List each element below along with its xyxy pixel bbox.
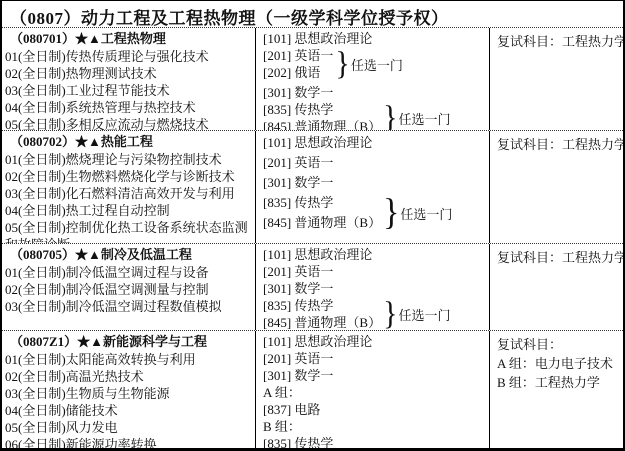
exam-subject: [101] 思想政治理论 <box>263 133 487 153</box>
research-direction: 03(全日制)化石燃料清洁高效开发与利用 <box>5 185 251 202</box>
research-direction: 02(全日制)热物理测试技术 <box>5 65 251 82</box>
research-direction: 03(全日制)生物质与生物能源 <box>5 385 251 402</box>
exam-subject: [845] 普通物理（B） <box>263 118 381 130</box>
research-directions-cell: （080702）★▲热能工程 01(全日制)燃烧理论与污染物控制技术 02(全日… <box>2 131 256 243</box>
section-080702: （080702）★▲热能工程 01(全日制)燃烧理论与污染物控制技术 02(全日… <box>2 131 623 244</box>
retest-subject: 复试科目：工程热力学 <box>497 248 621 267</box>
research-direction: 06(全日制)新能源功率转换 <box>5 436 251 448</box>
exam-subject: [835] 传热学 <box>263 193 381 213</box>
exam-subject: [301] 数学一 <box>263 367 487 384</box>
exam-subject: [845] 普通物理（B） <box>263 314 381 330</box>
exam-subject: [835] 传热学 <box>263 435 487 448</box>
research-direction: 01(全日制)太阳能高效转换与利用 <box>5 351 251 368</box>
curly-brace-icon: } <box>335 45 349 82</box>
exam-subject: [202] 俄语 <box>263 64 333 81</box>
exam-subject: [101] 思想政治理论 <box>263 246 487 263</box>
exam-subjects-cell: [101] 思想政治理论 [201] 英语一 [301] 数学一 [835] 传… <box>256 244 490 330</box>
research-directions-cell: （0807Z1）★▲新能源科学与工程 01(全日制)太阳能高效转换与利用 02(… <box>2 331 256 448</box>
choose-one-group: [201] 英语一 [202] 俄语 } 任选一门 <box>263 47 487 81</box>
exam-subject: [101] 思想政治理论 <box>263 333 487 350</box>
research-direction: 05(全日制)控制优化热工设备系统状态监测和故障诊断 <box>5 219 251 243</box>
research-direction: 03(全日制)工业过程节能技术 <box>5 82 251 99</box>
research-direction: 04(全日制)热工过程自动控制 <box>5 202 251 219</box>
retest-subjects-cell: 复试科目：工程热力学 <box>490 131 623 243</box>
section-heading: （0807Z1）★▲新能源科学与工程 <box>5 333 251 351</box>
exam-subjects-cell: [101] 思想政治理论 [201] 英语一 [301] 数学一 A 组： [8… <box>256 331 490 448</box>
exam-subject: [201] 英语一 <box>263 47 333 64</box>
retest-subjects-cell: 复试科目：工程热力学 <box>490 28 623 130</box>
research-direction: 04(全日制)储能技术 <box>5 402 251 419</box>
exam-subject: [301] 数学一 <box>263 173 487 193</box>
section-0807Z1: （0807Z1）★▲新能源科学与工程 01(全日制)太阳能高效转换与利用 02(… <box>2 331 623 448</box>
exam-subject: [201] 英语一 <box>263 350 487 367</box>
retest-subject: 复试科目： <box>497 335 621 354</box>
research-direction: 02(全日制)高温光热技术 <box>5 368 251 385</box>
exam-subject: [835] 传热学 <box>263 297 381 314</box>
section-heading: （080702）★▲热能工程 <box>5 133 251 151</box>
research-direction: 01(全日制)传热传质理论与强化技术 <box>5 48 251 65</box>
research-directions-cell: （080701）★▲工程热物理 01(全日制)传热传质理论与强化技术 02(全日… <box>2 28 256 130</box>
admissions-catalog-page: （0807）动力工程及工程热物理（一级学科学位授予权） （080701）★▲工程… <box>0 0 625 451</box>
exam-group-label: B 组： <box>263 418 487 435</box>
section-080701: （080701）★▲工程热物理 01(全日制)传热传质理论与强化技术 02(全日… <box>2 28 623 131</box>
research-directions-cell: （080705）★▲制冷及低温工程 01(全日制)制冷低温空调过程与设备 02(… <box>2 244 256 330</box>
retest-subject: 复试科目：工程热力学 <box>497 135 621 154</box>
exam-subject: [101] 思想政治理论 <box>263 30 487 47</box>
choose-one-label: 任选一门 <box>400 204 452 223</box>
exam-subject: [201] 英语一 <box>263 153 487 173</box>
retest-subject: 复试科目：工程热力学 <box>497 32 621 51</box>
exam-subject: [835] 传热学 <box>263 101 381 118</box>
section-heading: （080705）★▲制冷及低温工程 <box>5 246 251 264</box>
section-heading: （080701）★▲工程热物理 <box>5 30 251 48</box>
curly-brace-icon: } <box>383 295 397 330</box>
retest-subjects-cell: 复试科目：工程热力学 <box>490 244 623 330</box>
exam-subject: [837] 电路 <box>263 401 487 418</box>
curly-brace-icon: } <box>383 99 397 130</box>
research-direction: 05(全日制)多相反应流动与燃烧技术 <box>5 116 251 130</box>
exam-group-label: A 组： <box>263 384 487 401</box>
exam-subject: [845] 普通物理（B） <box>263 213 381 233</box>
exam-subject: [301] 数学一 <box>263 280 487 297</box>
choose-one-group: [835] 传热学 [845] 普通物理（B） } 任选一门 <box>263 101 487 130</box>
curly-brace-icon: } <box>383 191 399 235</box>
retest-subject: A 组：电力电子技术 <box>497 354 621 373</box>
research-direction: 01(全日制)制冷低温空调过程与设备 <box>5 264 251 281</box>
exam-subject: [201] 英语一 <box>263 263 487 280</box>
research-direction: 02(全日制)生物燃料燃烧化学与诊断技术 <box>5 168 251 185</box>
choose-one-label: 任选一门 <box>351 55 403 74</box>
research-direction: 04(全日制)系统热管理与热控技术 <box>5 99 251 116</box>
research-direction: 01(全日制)燃烧理论与污染物控制技术 <box>5 151 251 168</box>
retest-subject: B 组：工程热力学 <box>497 373 621 392</box>
choose-one-group: [835] 传热学 [845] 普通物理（B） } 任选一门 <box>263 297 487 330</box>
page-title: （0807）动力工程及工程热物理（一级学科学位授予权） <box>2 1 623 28</box>
research-direction: 05(全日制)风力发电 <box>5 419 251 436</box>
choose-one-label: 任选一门 <box>399 109 451 128</box>
choose-one-group: [835] 传热学 [845] 普通物理（B） } 任选一门 <box>263 193 487 233</box>
research-direction: 02(全日制)制冷低温空调测量与控制 <box>5 281 251 298</box>
exam-subjects-cell: [101] 思想政治理论 [201] 英语一 [202] 俄语 } 任选一门 [… <box>256 28 490 130</box>
retest-subjects-cell: 复试科目： A 组：电力电子技术 B 组：工程热力学 <box>490 331 623 448</box>
research-direction: 03(全日制)制冷低温空调过程数值模拟 <box>5 298 251 315</box>
choose-one-label: 任选一门 <box>399 305 451 324</box>
exam-subject: [301] 数学一 <box>263 84 487 101</box>
section-080705: （080705）★▲制冷及低温工程 01(全日制)制冷低温空调过程与设备 02(… <box>2 244 623 331</box>
exam-subjects-cell: [101] 思想政治理论 [201] 英语一 [301] 数学一 [835] 传… <box>256 131 490 243</box>
